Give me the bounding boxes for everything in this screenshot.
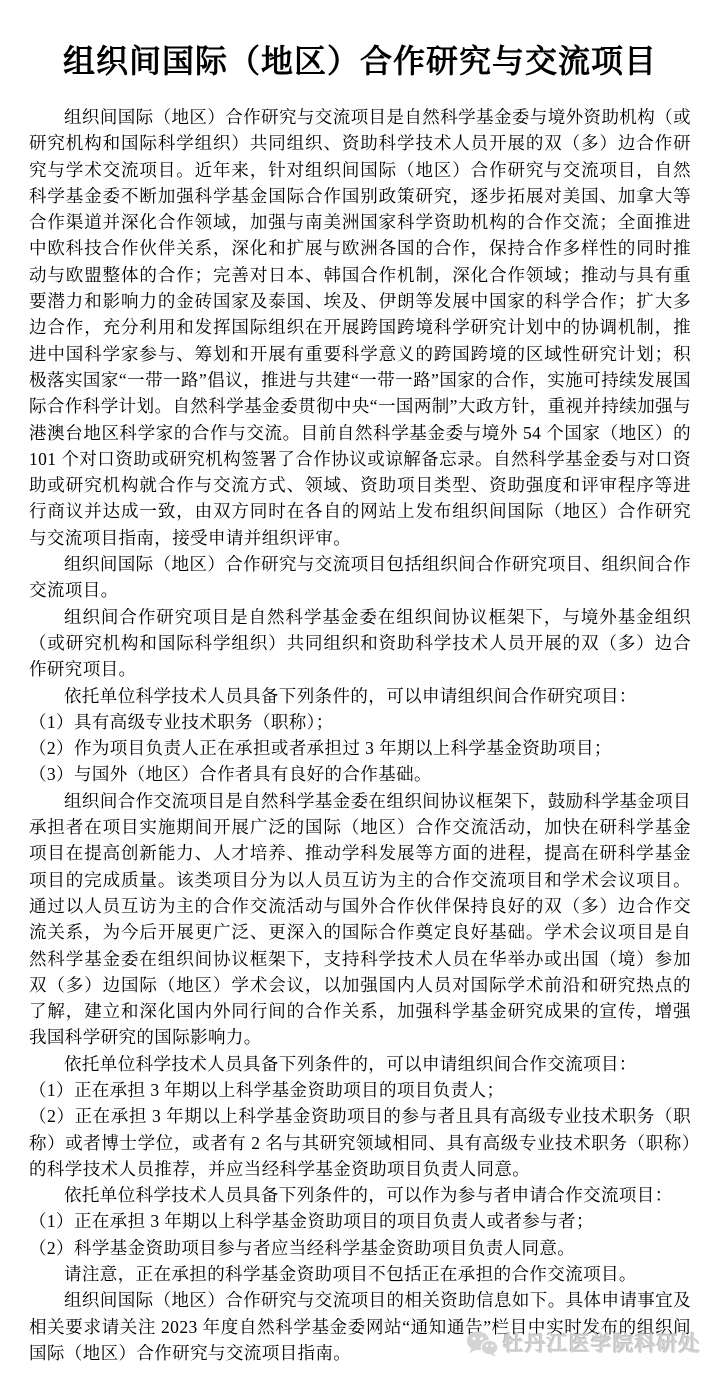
list-item-participant-2: （2）科学基金资助项目参与者应当经科学基金资助项目负责人同意。 (29, 1235, 691, 1261)
paragraph-research-project: 组织间合作研究项目是自然科学基金委在组织间协议框架下，与境外基金组织（或研究机构… (29, 604, 691, 683)
paragraph-exchange-project: 组织间合作交流项目是自然科学基金委在组织间协议框架下，鼓励科学基金项目承担者在项… (29, 788, 691, 1051)
wechat-icon (466, 1330, 498, 1357)
list-item-research-2: （2）作为项目负责人正在承担或者承担过 3 年期以上科学基金资助项目； (29, 735, 691, 761)
paragraph-project-types: 组织间国际（地区）合作研究与交流项目包括组织间合作研究项目、组织间合作交流项目。 (29, 551, 691, 604)
paragraph-intro: 组织间国际（地区）合作研究与交流项目是自然科学基金委与境外资助机构（或研究机构和… (29, 104, 691, 551)
list-item-exchange-1: （1）正在承担 3 年期以上科学基金资助项目的项目负责人； (29, 1077, 691, 1103)
list-item-research-3: （3）与国外（地区）合作者具有良好的合作基础。 (29, 761, 691, 787)
list-item-participant-1: （1）正在承担 3 年期以上科学基金资助项目的项目负责人或者参与者； (29, 1208, 691, 1234)
paragraph-exchange-conditions: 依托单位科学技术人员具备下列条件的，可以申请组织间合作交流项目： (29, 1051, 691, 1077)
paragraph-research-conditions: 依托单位科学技术人员具备下列条件的，可以申请组织间合作研究项目： (29, 683, 691, 709)
list-item-research-1: （1）具有高级专业技术职务（职称）； (29, 709, 691, 735)
paragraph-participant-conditions: 依托单位科学技术人员具备下列条件的，可以作为参与者申请合作交流项目： (29, 1182, 691, 1208)
watermark-label: 牡丹江医学院科研处 (503, 1328, 701, 1358)
page-title: 组织间国际（地区）合作研究与交流项目 (29, 40, 691, 82)
watermark: 牡丹江医学院科研处 (466, 1328, 701, 1358)
list-item-exchange-2: （2）正在承担 3 年期以上科学基金资助项目的参与者且具有高级专业技术职务（职称… (29, 1103, 691, 1182)
document-body: 组织间国际（地区）合作研究与交流项目是自然科学基金委与境外资助机构（或研究机构和… (29, 104, 691, 1366)
paragraph-note: 请注意，正在承担的科学基金资助项目不包括正在承担的合作交流项目。 (29, 1261, 691, 1287)
document-page: 组织间国际（地区）合作研究与交流项目 组织间国际（地区）合作研究与交流项目是自然… (0, 0, 720, 1380)
